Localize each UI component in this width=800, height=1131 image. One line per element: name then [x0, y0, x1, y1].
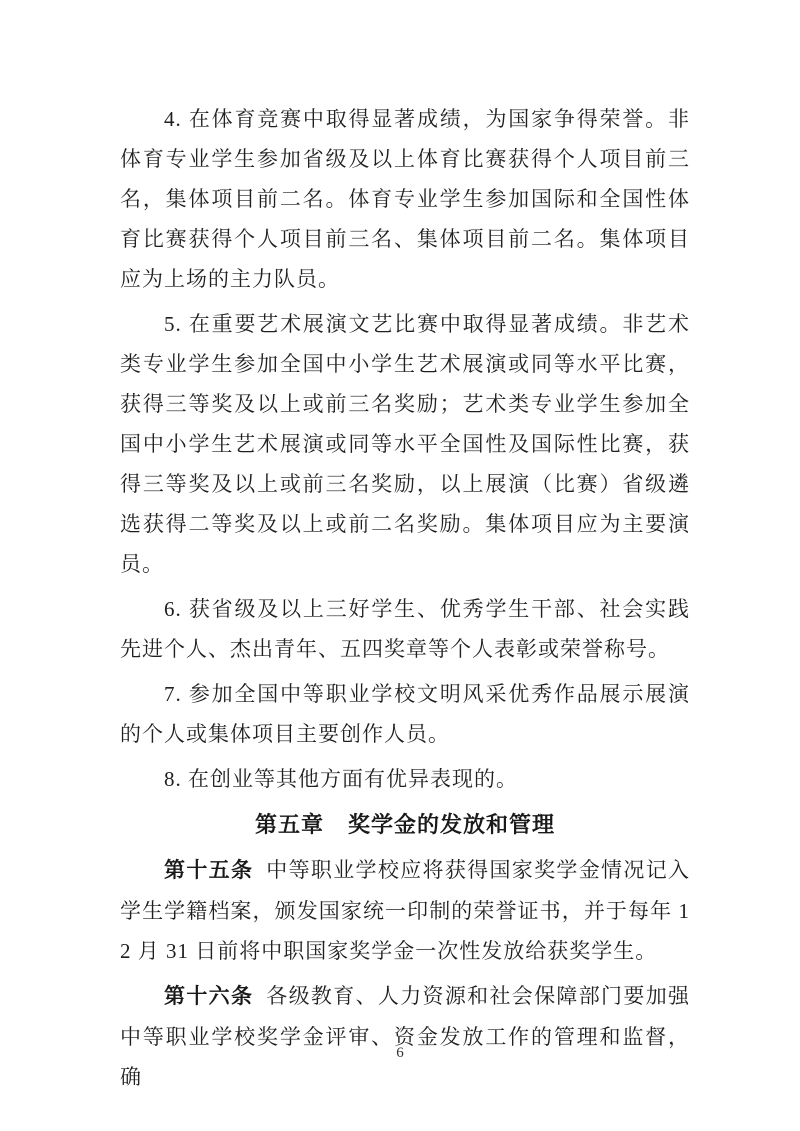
article-paragraph-15: 第十五条中等职业学校应将获得国家奖学金情况记入学生学籍档案，颁发国家统一印制的荣… [120, 850, 690, 971]
body-paragraph-item-7: 7. 参加全国中等职业学校文明风采优秀作品展示展演的个人或集体项目主要创作人员。 [120, 674, 690, 754]
body-paragraph-item-8: 8. 在创业等其他方面有优异表现的。 [120, 759, 690, 799]
article-paragraph-16: 第十六条各级教育、人力资源和社会保障部门要加强中等职业学校奖学金评审、资金发放工… [120, 976, 690, 1097]
chapter-title: 奖学金的发放和管理 [348, 812, 555, 837]
document-page: 4. 在体育竞赛中取得显著成绩，为国家争得荣誉。非体育专业学生参加省级及以上体育… [0, 0, 800, 1131]
body-paragraph-item-5: 5. 在重要艺术展演文艺比赛中取得显著成绩。非艺术类专业学生参加全国中小学生艺术… [120, 304, 690, 584]
article-lead: 第十六条 [164, 985, 253, 1008]
chapter-number: 第五章 [255, 812, 324, 837]
body-paragraph-item-4: 4. 在体育竞赛中取得显著成绩，为国家争得荣誉。非体育专业学生参加省级及以上体育… [120, 99, 690, 299]
body-paragraph-item-6: 6. 获省级及以上三好学生、优秀学生干部、社会实践先进个人、杰出青年、五四奖章等… [120, 589, 690, 669]
document-body: 4. 在体育竞赛中取得显著成绩，为国家争得荣誉。非体育专业学生参加省级及以上体育… [120, 99, 690, 1102]
chapter-heading: 第五章奖学金的发放和管理 [120, 805, 690, 845]
article-lead: 第十五条 [164, 859, 253, 882]
page-number: 6 [0, 1042, 800, 1064]
